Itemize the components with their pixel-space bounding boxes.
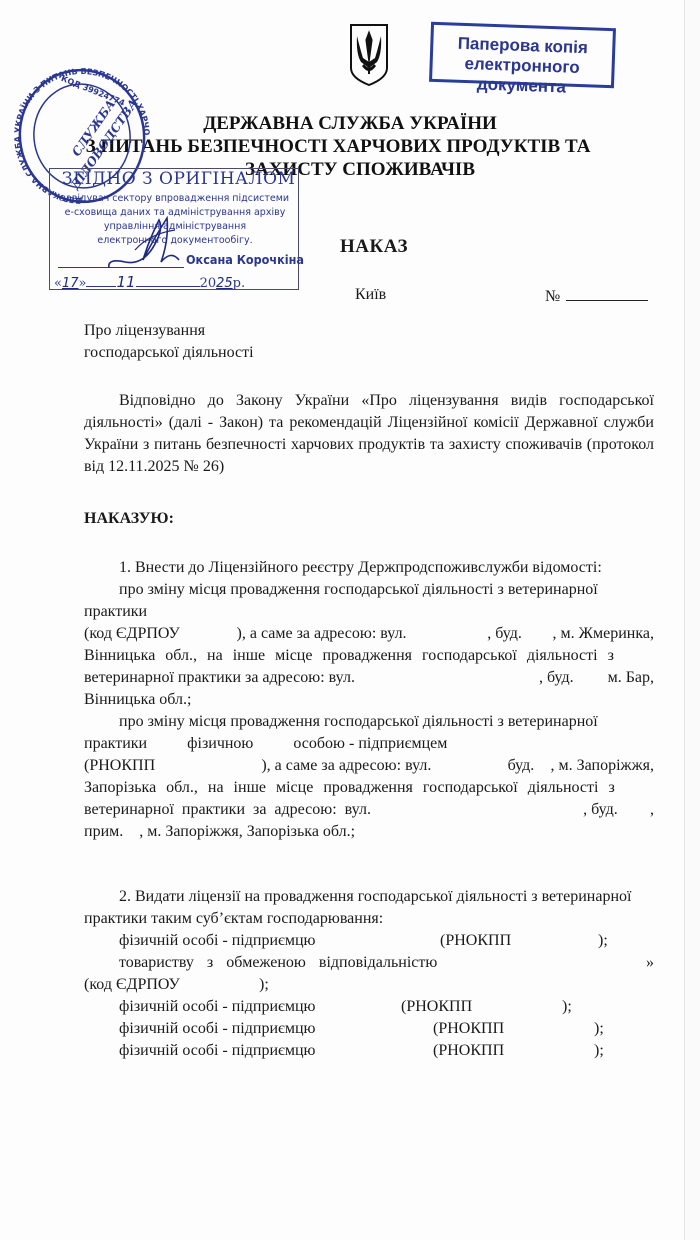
intro-text: Відповідно до Закону України «Про ліценз…	[84, 390, 654, 478]
rnokpp-label: (РНОКПП	[84, 755, 155, 777]
date-day: 17	[62, 276, 79, 291]
address-label: ветеринарної практики за адресою: вул.	[84, 667, 355, 689]
item1-sub1-line4: Вінницька обл., на інше місце провадженн…	[84, 645, 654, 667]
license-entry: фізичній особі - підприємцю (РНОКПП );	[84, 1018, 654, 1040]
intro-paragraph: Відповідно до Закону України «Про ліценз…	[84, 390, 654, 478]
item1-sub1-line3: (код ЄДРПОУ ), а саме за адресою: вул. ,…	[84, 623, 654, 645]
item1-sub2-line2: практики фізичною особою - підприємцем	[84, 733, 654, 755]
entry-end: );	[259, 974, 269, 996]
building-label: , буд.	[583, 799, 618, 821]
line-text: ,	[650, 799, 654, 821]
address-label: ), а саме за адресою: вул.	[237, 623, 407, 645]
certifier-name: Оксана Корочкіна	[186, 252, 304, 267]
number-label: №	[545, 288, 560, 305]
item1-sub2-line1: про зміну місця провадження господарсько…	[84, 711, 654, 733]
city-label: м. Бар,	[608, 667, 654, 689]
document-number: №	[545, 286, 648, 306]
entry-end: );	[562, 996, 572, 1018]
page-edge	[684, 0, 685, 1240]
line-text: практики	[84, 735, 147, 752]
paper-copy-stamp-line2: електронного документа	[432, 53, 612, 99]
edrpou-label: (код ЄДРПОУ	[84, 623, 180, 645]
entry-end: );	[598, 930, 608, 952]
line-text: Запорізька обл., на інше місце проваджен…	[84, 777, 615, 799]
item1-sub1-line6: Вінницька обл.;	[84, 689, 654, 711]
item1-sub2-line4: Запорізька обл., на інше місце проваджен…	[84, 777, 654, 799]
entity-type: фізичній особі - підприємцю	[119, 1042, 316, 1059]
license-entry: фізичній особі - підприємцю (РНОКПП );	[84, 930, 654, 952]
number-blank	[566, 286, 648, 301]
document-type-title: НАКАЗ	[340, 236, 408, 258]
entity-type: фізичній особі - підприємцю	[119, 932, 316, 949]
date-year-prefix: 20	[200, 276, 217, 291]
certification-line1: завідувач сектору впровадження підсистем…	[50, 193, 300, 204]
page-margin	[685, 0, 700, 1240]
entry-end: );	[594, 1040, 604, 1062]
subject-line2: господарської діяльності	[84, 342, 254, 364]
item1-heading: 1. Внести до Ліцензійного реєстру Держпр…	[84, 557, 654, 579]
license-entry: фізичній особі - підприємцю (РНОКПП );	[84, 1040, 654, 1062]
license-entry: (код ЄДРПОУ );	[84, 974, 654, 996]
item1-sub2-line5: ветеринарної практики за адресою: вул. ,…	[84, 799, 654, 821]
document-subject: Про ліцензування господарської діяльност…	[84, 320, 254, 364]
item1-sub1-line5: ветеринарної практики за адресою: вул. ,…	[84, 667, 654, 689]
rnokpp-label: (РНОКПП	[433, 1040, 504, 1062]
entity-type: фізичній особі - підприємцю	[119, 1020, 316, 1037]
city-label: , м. Запоріжжя,	[550, 755, 654, 777]
line-text: фізичною	[187, 735, 253, 752]
item2-heading-line2: практики таким суб’єктам господарювання:	[84, 908, 654, 930]
building-label: , буд.	[487, 623, 522, 645]
order-word: НАКАЗУЮ:	[84, 510, 174, 528]
subject-line1: Про ліцензування	[84, 320, 254, 342]
building-label: буд.	[508, 755, 535, 777]
paper-copy-stamp: Паперова копія електронного документа	[429, 22, 616, 88]
rnokpp-label: (РНОКПП	[433, 1018, 504, 1040]
rnokpp-label: (РНОКПП	[401, 996, 472, 1018]
address-label: ветеринарної практики за адресою: вул.	[84, 799, 371, 821]
license-entry: товариству з обмеженою відповідальністю …	[84, 952, 654, 974]
entity-type: товариству з обмеженою відповідальністю	[119, 954, 437, 971]
address-label: ), а саме за адресою: вул.	[261, 755, 431, 777]
item-2: 2. Видати ліцензії на провадження господ…	[84, 886, 654, 1062]
entity-type: фізичній особі - підприємцю	[119, 998, 316, 1015]
date-suffix: р.	[233, 276, 245, 291]
building-label: , буд.	[539, 667, 574, 689]
certification-title: ЗГІДНО З ОРИГІНАЛОМ	[62, 169, 302, 189]
entry-end: );	[594, 1018, 604, 1040]
item1-sub1-line1: про зміну місця провадження господарсько…	[84, 579, 654, 601]
trident-icon	[348, 22, 390, 88]
line-text: особою - підприємцем	[293, 735, 447, 752]
rnokpp-label: (РНОКПП	[440, 930, 511, 952]
document-city: Київ	[355, 286, 386, 304]
license-entry: фізичній особі - підприємцю (РНОКПП );	[84, 996, 654, 1018]
date-year-suffix: 25	[216, 276, 233, 291]
item1-sub1-line2: практики	[84, 601, 654, 623]
handwritten-signature	[105, 210, 185, 280]
item1-sub2-line6: прим. , м. Запоріжжя, Запорізька обл.;	[84, 821, 654, 843]
item2-heading-line1: 2. Видати ліцензії на провадження господ…	[84, 886, 654, 908]
city-label: , м. Жмеринка,	[553, 623, 654, 645]
edrpou-label: (код ЄДРПОУ	[84, 976, 180, 993]
item-1: 1. Внести до Ліцензійного реєстру Держпр…	[84, 557, 654, 843]
item1-sub2-line3: (РНОКПП ), а саме за адресою: вул. буд. …	[84, 755, 654, 777]
entry-end: »	[646, 952, 654, 974]
line-text: Вінницька обл., на інше місце провадженн…	[84, 645, 614, 667]
